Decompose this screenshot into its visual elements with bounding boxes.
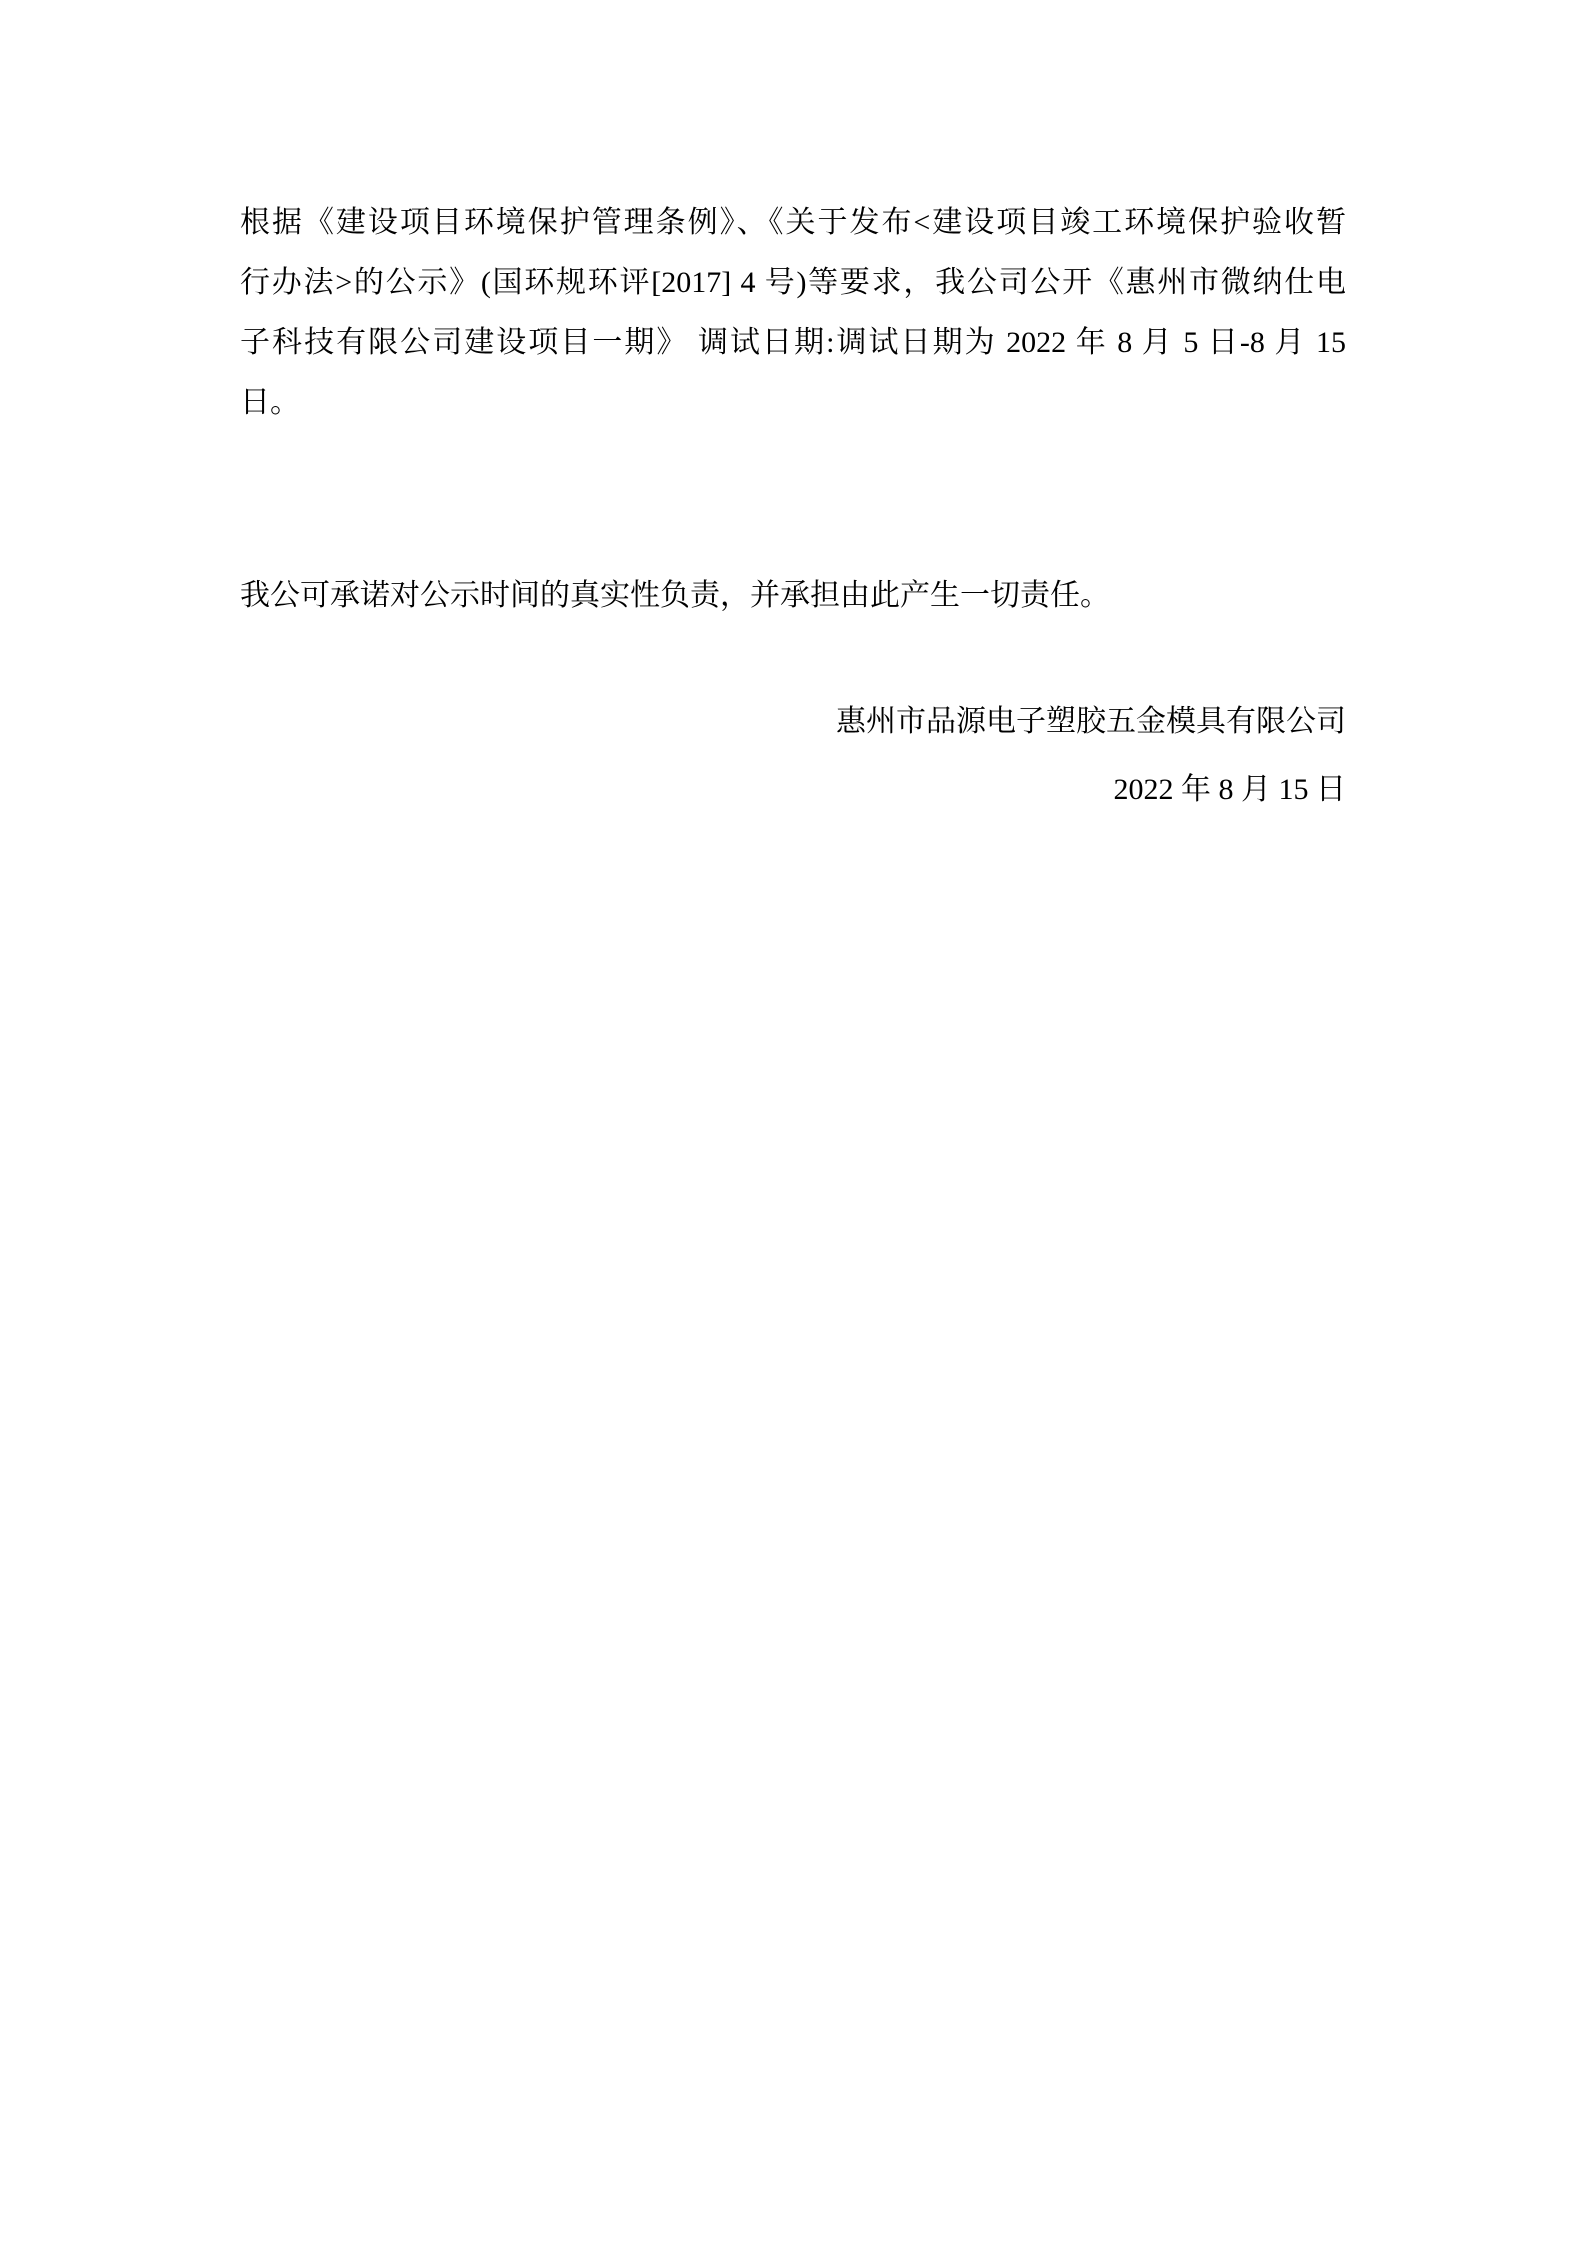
body-paragraph-commitment: 我公可承诺对公示时间的真实性负责，并承担由此产生一切责任。 bbox=[240, 566, 1346, 626]
commitment-line: 我公可承诺对公示时间的真实性负责，并承担由此产生一切责任。 bbox=[240, 566, 1346, 626]
signature-block: 惠州市品源电子塑胶五金模具有限公司 2022 年 8 月 15 日 bbox=[240, 688, 1346, 824]
body-paragraph-notice: 根据《建设项目环境保护管理条例》、《关于发布<建设项目竣工环境保护验收暂 行办法… bbox=[240, 193, 1346, 433]
paragraph-line-4: 日。 bbox=[240, 373, 1346, 433]
signature-date: 2022 年 8 月 15 日 bbox=[240, 756, 1346, 824]
paragraph-line-3: 子科技有限公司建设项目一期》 调试日期:调试日期为 2022 年 8 月 5 日… bbox=[240, 313, 1346, 373]
paragraph-line-1: 根据《建设项目环境保护管理条例》、《关于发布<建设项目竣工环境保护验收暂 bbox=[240, 193, 1346, 253]
document-page: 根据《建设项目环境保护管理条例》、《关于发布<建设项目竣工环境保护验收暂 行办法… bbox=[0, 0, 1587, 2245]
signature-company: 惠州市品源电子塑胶五金模具有限公司 bbox=[240, 688, 1346, 756]
paragraph-line-2: 行办法>的公示》(国环规环评[2017] 4 号)等要求，我公司公开《惠州市微纳… bbox=[240, 253, 1346, 313]
